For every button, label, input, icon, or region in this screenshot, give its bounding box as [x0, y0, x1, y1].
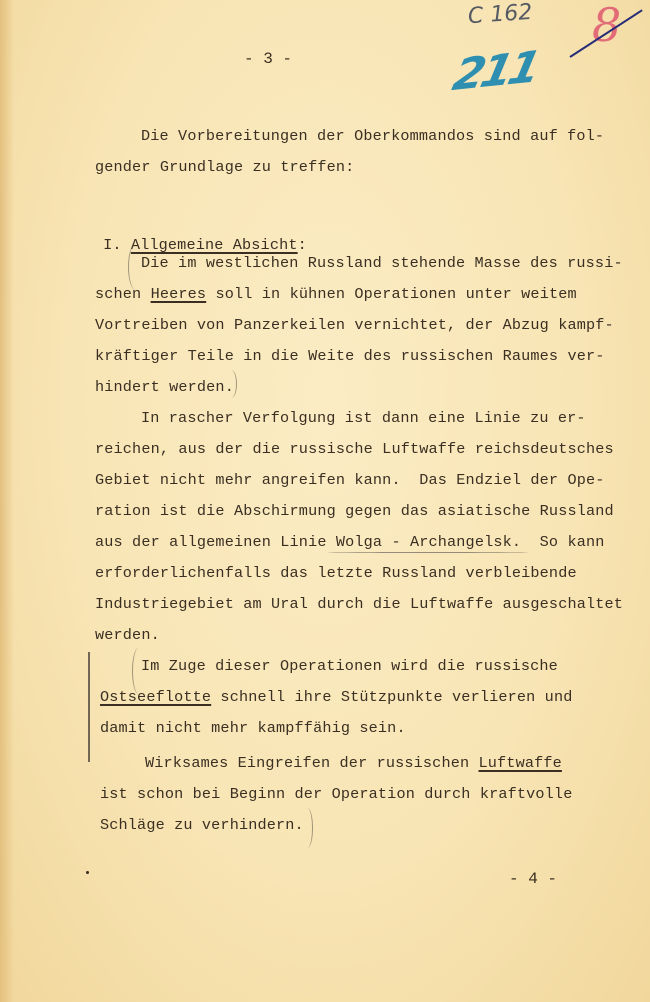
text-run: Im Zuge dieser Operationen wird die russ…	[141, 657, 558, 675]
text-run: schen	[95, 285, 151, 303]
text-line: ration ist die Abschirmung gegen das asi…	[95, 502, 614, 520]
page-number-bottom: - 4 -	[509, 870, 557, 888]
page-number-top: - 3 -	[244, 50, 292, 68]
text-line: Gebiet nicht mehr angreifen kann. Das En…	[95, 471, 605, 489]
text-run: In rascher Verfolgung ist dann eine Lini…	[141, 409, 586, 427]
text-line: erforderlichenfalls das letzte Russland …	[95, 564, 577, 582]
underlined-term: Ostseeflotte	[100, 688, 211, 706]
pencil-bracket-close	[226, 370, 237, 398]
text-line: ist schon bei Beginn der Operation durch…	[100, 785, 572, 803]
pencil-margin-line	[88, 652, 90, 762]
section-numeral: I.	[103, 236, 122, 254]
text-run: erforderlichenfalls das letzte Russland …	[95, 564, 577, 582]
underlined-term: Heeres	[151, 285, 207, 303]
folio-number-annotation: 211	[448, 42, 541, 101]
text-line: aus der allgemeinen Linie Wolga - Archan…	[95, 533, 605, 551]
document-page: C 162 211 8 - 3 - Die Vorbereitungen der…	[0, 0, 650, 1002]
text-line: Wirksames Eingreifen der russischen Luft…	[145, 754, 562, 772]
text-line: hindert werden.	[95, 378, 234, 396]
text-run: aus der allgemeinen Linie Wolga - Archan…	[95, 533, 605, 551]
text-run: Vortreiben von Panzerkeilen vernichtet, …	[95, 316, 614, 334]
text-line: damit nicht mehr kampffähig sein.	[100, 719, 406, 737]
text-line: schen Heeres soll in kühnen Operationen …	[95, 285, 577, 303]
text-run: hindert werden.	[95, 378, 234, 396]
text-line: Im Zuge dieser Operationen wird die russ…	[141, 657, 558, 675]
text-run: Gebiet nicht mehr angreifen kann. Das En…	[95, 471, 605, 489]
text-line: In rascher Verfolgung ist dann eine Lini…	[141, 409, 586, 427]
text-line: reichen, aus der die russische Luftwaffe…	[95, 440, 614, 458]
text-run: Industriegebiet am Ural durch die Luftwa…	[95, 595, 623, 613]
text-line: Industriegebiet am Ural durch die Luftwa…	[95, 595, 623, 613]
pencil-underline-wolga-archangelsk	[328, 552, 528, 553]
text-line: werden.	[95, 626, 160, 644]
text-run: Schläge zu verhindern.	[100, 816, 304, 834]
text-run: Wirksames Eingreifen der russischen	[145, 754, 479, 772]
text-line: Vortreiben von Panzerkeilen vernichtet, …	[95, 316, 614, 334]
text-line: kräftiger Teile in die Weite des russisc…	[95, 347, 605, 365]
text-run: damit nicht mehr kampffähig sein.	[100, 719, 406, 737]
text-run: kräftiger Teile in die Weite des russisc…	[95, 347, 605, 365]
text-run: schnell ihre Stützpunkte verlieren und	[211, 688, 572, 706]
pencil-bracket-open	[128, 244, 143, 290]
text-line: Ostseeflotte schnell ihre Stützpunkte ve…	[100, 688, 572, 706]
text-run: Die im westlichen Russland stehende Mass…	[141, 254, 623, 272]
archive-code-annotation: C 162	[467, 0, 533, 29]
text-run: ist schon bei Beginn der Operation durch…	[100, 785, 572, 803]
intro-line: Die Vorbereitungen der Oberkommandos sin…	[141, 127, 604, 145]
ink-speck	[86, 871, 89, 874]
underlined-term: Luftwaffe	[479, 754, 562, 772]
text-run: ration ist die Abschirmung gegen das asi…	[95, 502, 614, 520]
text-line: Schläge zu verhindern.	[100, 816, 304, 834]
text-run: reichen, aus der die russische Luftwaffe…	[95, 440, 614, 458]
text-line: Die im westlichen Russland stehende Mass…	[141, 254, 623, 272]
pencil-bracket-open	[132, 648, 145, 694]
intro-line: gender Grundlage zu treffen:	[95, 158, 354, 176]
text-run: soll in kühnen Operationen unter weitem	[206, 285, 577, 303]
section-title-colon: :	[298, 236, 307, 254]
text-run: werden.	[95, 626, 160, 644]
section-title: Allgemeine Absicht	[131, 236, 298, 254]
pencil-bracket-close	[302, 808, 313, 848]
